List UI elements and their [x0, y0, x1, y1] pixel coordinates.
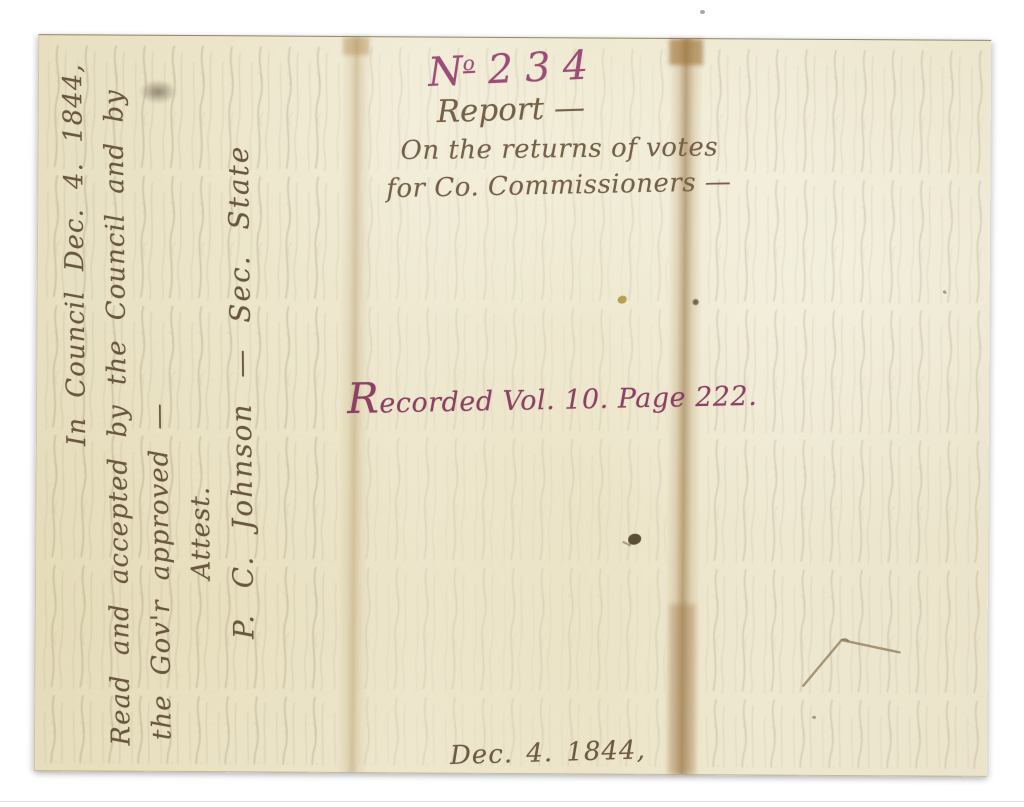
document-number-superscript: o: [462, 51, 475, 76]
secretary-signature: P. C. Johnson — Sec. State: [217, 59, 266, 759]
scan-seam-line: [0, 801, 1024, 802]
scan-background: In Council Dec. 4. 1844, Read and accept…: [0, 0, 1024, 807]
report-subject-line-1: On the returns of votes: [400, 133, 710, 167]
paper-speck: [812, 716, 816, 719]
document-number-value: 234: [487, 42, 601, 93]
recorded-volume-note: Recorded Vol. 10. Page 222.: [347, 366, 738, 423]
report-title: Report —: [390, 89, 631, 132]
council-annotation: In Council Dec. 4. 1844, Read and accept…: [53, 59, 271, 761]
annotation-line-read-accepted: Read and accepted by the Council and by: [94, 60, 143, 760]
ink-smudge: [139, 80, 177, 104]
fold-speck: [693, 299, 699, 305]
document-paper: In Council Dec. 4. 1844, Read and accept…: [34, 34, 991, 777]
document-number-prefix: N: [427, 48, 464, 96]
scan-speck: [700, 10, 705, 14]
check-pen-mark: [797, 632, 903, 695]
report-subject-line-2: for Co. Commissioners —: [386, 168, 687, 204]
